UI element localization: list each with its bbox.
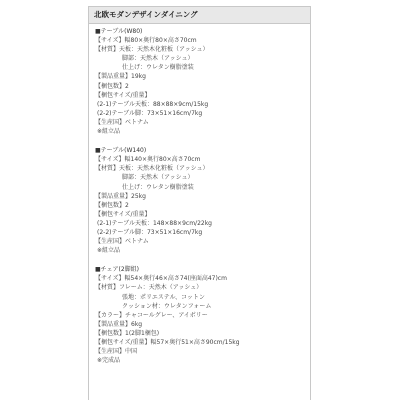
- spec-line: 仕上げ：ウレタン樹脂塗装: [95, 183, 310, 192]
- spec-line: (2-1)テーブル天板：88×88×9cm/15kg: [95, 100, 310, 109]
- spec-line: 【材質】天板：天然木化粧板（アッシュ）: [95, 45, 310, 54]
- spec-line: 【サイズ】幅80×奥行80×高さ70cm: [95, 36, 310, 45]
- spec-line: 【梱包数】2: [95, 201, 310, 210]
- spec-line: (2-2)テーブル脚：73×51×16cm/7kg: [95, 228, 310, 237]
- spec-line: 脚部：天然木（アッシュ）: [95, 54, 310, 63]
- spec-line: 【生産国】ベトナム: [95, 237, 310, 246]
- spec-line: クッション材：ウレタンフォーム: [95, 302, 310, 311]
- spec-line: (2-2)テーブル脚：73×51×16cm/7kg: [95, 109, 310, 118]
- spec-line: 【サイズ】幅54×奥行46×高さ74(座面高47)cm: [95, 274, 310, 283]
- spec-line: (2-1)テーブル天板：148×88×9cm/22kg: [95, 219, 310, 228]
- spec-line: 【製品重量】25kg: [95, 192, 310, 201]
- spec-line: 【梱包数】1(2脚1梱包): [95, 329, 310, 338]
- spec-box-title: 北欧モダンデザインダイニング: [89, 7, 310, 24]
- spec-line: 【梱包サイズ/重量】: [95, 91, 310, 100]
- section-title: ■テーブル(W140): [95, 146, 310, 155]
- spec-line: 【カラー】チャコールグレー、アイボリー: [95, 311, 310, 320]
- spec-line: 【製品重量】6kg: [95, 320, 310, 329]
- section-chair: ■チェア(2脚組) 【サイズ】幅54×奥行46×高さ74(座面高47)cm 【材…: [95, 265, 310, 365]
- spec-line: 【材質】天板：天然木化粧板（アッシュ）: [95, 164, 310, 173]
- spec-line: 張地：ポリエステル、コットン: [95, 293, 310, 302]
- spec-line: 【梱包サイズ/重量】幅57×奥行51×高さ90cm/15kg: [95, 338, 310, 347]
- spec-line: 【梱包サイズ/重量】: [95, 210, 310, 219]
- spec-line: 【材質】フレーム：天然木（アッシュ）: [95, 283, 310, 292]
- spec-content: ■テーブル(W80) 【サイズ】幅80×奥行80×高さ70cm 【材質】天板：天…: [89, 24, 310, 365]
- section-title: ■チェア(2脚組): [95, 265, 310, 274]
- spec-line: 【生産国】ベトナム: [95, 118, 310, 127]
- assembly-note: ※組立品: [95, 127, 310, 136]
- section-table-w140: ■テーブル(W140) 【サイズ】幅140×奥行80×高さ70cm 【材質】天板…: [95, 146, 310, 255]
- section-title: ■テーブル(W80): [95, 27, 310, 36]
- spec-line: 【生産国】中国: [95, 347, 310, 356]
- section-table-w80: ■テーブル(W80) 【サイズ】幅80×奥行80×高さ70cm 【材質】天板：天…: [95, 27, 310, 136]
- spec-line: 【梱包数】2: [95, 82, 310, 91]
- spec-box: 北欧モダンデザインダイニング ■テーブル(W80) 【サイズ】幅80×奥行80×…: [88, 6, 311, 400]
- spec-line: 脚部：天然木（アッシュ）: [95, 173, 310, 182]
- spec-line: 【サイズ】幅140×奥行80×高さ70cm: [95, 155, 310, 164]
- spec-line: 仕上げ：ウレタン樹脂塗装: [95, 63, 310, 72]
- spec-line: 【製品重量】19kg: [95, 72, 310, 81]
- completed-note: ※完成品: [95, 356, 310, 365]
- assembly-note: ※組立品: [95, 246, 310, 255]
